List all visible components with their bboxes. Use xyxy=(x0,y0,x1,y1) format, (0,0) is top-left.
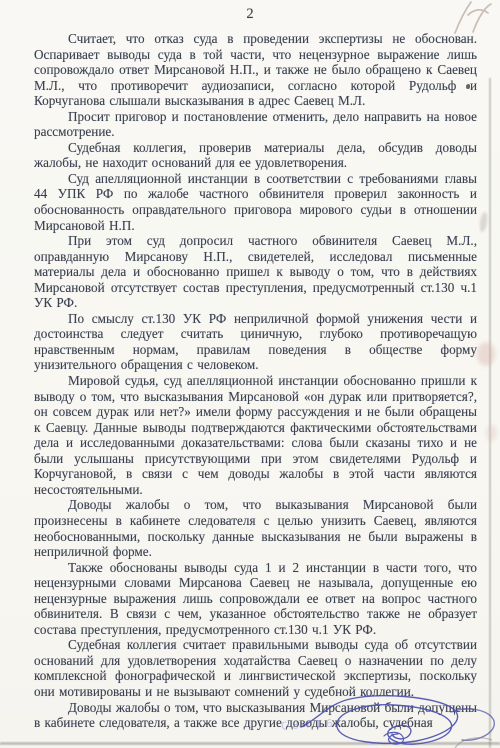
smudge-mark xyxy=(477,342,495,366)
paragraph: Также обоснованы выводы суда 1 и 2 инста… xyxy=(34,560,477,638)
paragraph: Судебная коллегия считает правильными вы… xyxy=(34,637,477,699)
paragraph: Доводы жалобы о том, что выказывания Мир… xyxy=(34,497,477,559)
paragraph: По смыслу ст.130 УК РФ неприличной формо… xyxy=(34,311,477,373)
scan-edge-line-vertical xyxy=(489,78,491,748)
scanned-document-page: 2 Считает, что отказ суда в проведении э… xyxy=(0,0,500,748)
smudge-mark xyxy=(479,212,489,233)
page-number: 2 xyxy=(0,6,500,23)
smudge-mark xyxy=(486,425,497,441)
paragraph: Суд апелляционной инстанции в соответств… xyxy=(34,171,477,233)
paragraph: При этом суд допросил частного обвинител… xyxy=(34,233,477,311)
scan-edge-line-bottom xyxy=(0,742,500,745)
paragraph: Судебная коллегия, проверив материалы де… xyxy=(34,140,477,171)
paragraph: Считает, что отказ суда в проведении экс… xyxy=(34,31,477,109)
paragraph: Доводы жалобы о том, что высказывания Ми… xyxy=(34,700,477,731)
ink-speck-mark xyxy=(466,84,470,89)
document-body: Считает, что отказ суда в проведении экс… xyxy=(34,31,477,731)
paragraph: Мировой судья, суд апелляционной инстанц… xyxy=(34,373,477,497)
paragraph: Просит приговор и постановление отменить… xyxy=(34,109,477,140)
